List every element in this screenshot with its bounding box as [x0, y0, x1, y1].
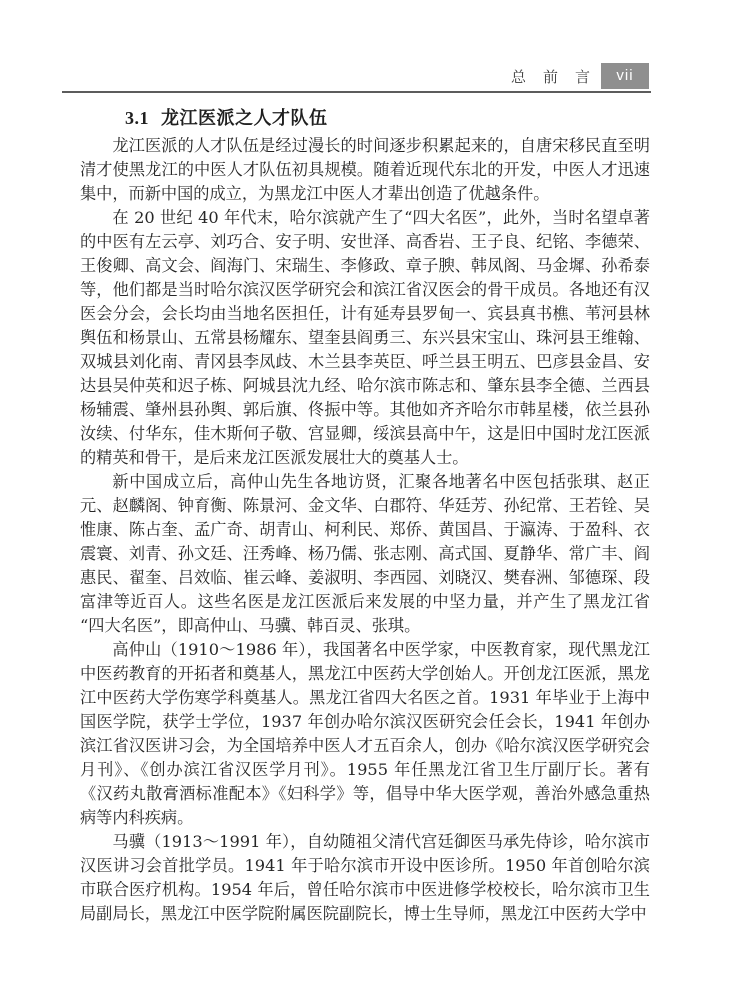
page-number-badge: vii — [601, 63, 649, 89]
paragraph-new-china: 新中国成立后，高仲山先生各地访贤，汇聚各地著名中医包括张琪、赵正元、赵麟阁、钟育… — [80, 470, 650, 638]
body-text: 龙江医派的人才队伍是经过漫长的时间逐步积累起来的，自唐宋移民直至明清才使黑龙江的… — [80, 134, 650, 926]
book-page: 总前言 vii 3.1龙江医派之人才队伍 龙江医派的人才队伍是经过漫长的时间逐步… — [0, 0, 729, 1005]
running-title: 总前言 — [511, 66, 607, 87]
paragraph-maji: 马骥（1913～1991 年），自幼随祖父清代宫廷御医马承先侍诊，哈尔滨市汉医讲… — [80, 830, 650, 926]
paragraph-gaozhongshan: 高仲山（1910～1986 年），我国著名中医学家，中医教育家，现代黑龙江中医药… — [80, 638, 650, 830]
paragraph-intro: 龙江医派的人才队伍是经过漫长的时间逐步积累起来的，自唐宋移民直至明清才使黑龙江的… — [80, 134, 650, 206]
paragraph-1940s: 在 20 世纪 40 年代末，哈尔滨就产生了“四大名医”，此外，当时名望卓著的中… — [80, 206, 650, 470]
section-number: 3.1 — [125, 108, 149, 128]
header-rule — [62, 91, 651, 93]
section-heading: 3.1龙江医派之人才队伍 — [125, 104, 328, 130]
section-title: 龙江医派之人才队伍 — [161, 108, 328, 129]
page-header: 总前言 vii — [511, 63, 649, 89]
